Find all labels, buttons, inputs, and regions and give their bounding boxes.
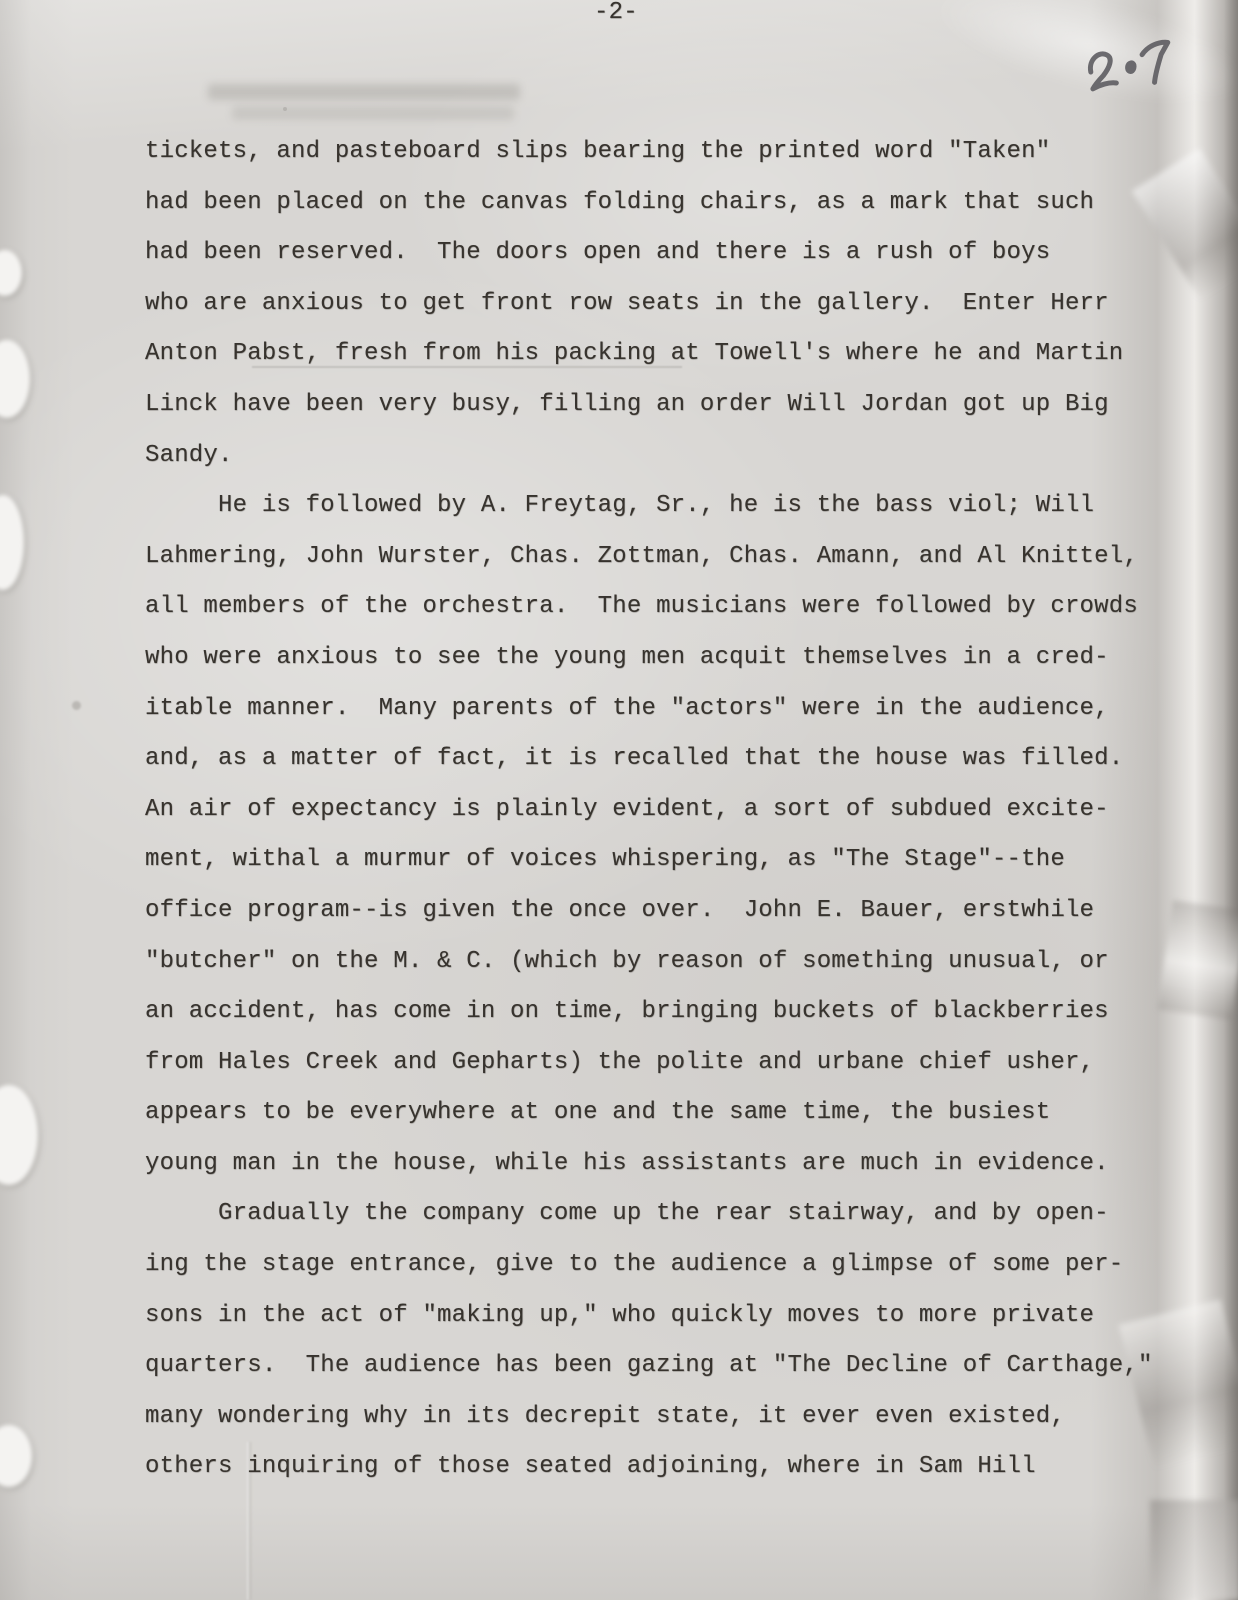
- text-line: He is followed by A. Freytag, Sr., he is…: [145, 481, 1175, 532]
- page-number: -2-: [594, 0, 638, 26]
- text-line: and, as a matter of fact, it is recalled…: [145, 734, 1175, 785]
- text-line: had been reserved. The doors open and th…: [145, 228, 1175, 279]
- text-line: ment, withal a murmur of voices whisperi…: [145, 835, 1175, 886]
- text-line: tickets, and pasteboard slips bearing th…: [145, 127, 1175, 178]
- text-line: Linck have been very busy, filling an or…: [145, 380, 1175, 431]
- text-line: from Hales Creek and Gepharts) the polit…: [145, 1038, 1175, 1089]
- torn-edge-spot: [0, 250, 22, 296]
- text-line: who are anxious to get front row seats i…: [145, 279, 1175, 330]
- right-edge-shadow: [1224, 0, 1238, 1600]
- text-line: had been placed on the canvas folding ch…: [145, 178, 1175, 229]
- text-line: many wondering why in its decrepit state…: [145, 1392, 1175, 1443]
- document-body: tickets, and pasteboard slips bearing th…: [145, 127, 1175, 1493]
- torn-edge-spot: [0, 1085, 38, 1185]
- text-line: appears to be everywhere at one and the …: [145, 1088, 1175, 1139]
- text-line: Lahmering, John Wurster, Chas. Zottman, …: [145, 532, 1175, 583]
- text-line: Gradually the company come up the rear s…: [145, 1189, 1175, 1240]
- text-line: young man in the house, while his assist…: [145, 1139, 1175, 1190]
- text-line: quarters. The audience has been gazing a…: [145, 1341, 1175, 1392]
- paper-speck: [283, 107, 287, 111]
- scanned-document-page: -2- 207 tickets, and pasteboard slips be…: [0, 0, 1238, 1600]
- handwritten-page-number: 207: [1078, 30, 1186, 112]
- text-line: An air of expectancy is plainly evident,…: [145, 785, 1175, 836]
- text-line: "butcher" on the M. & C. (which by reaso…: [145, 937, 1175, 988]
- text-line: office program--is given the once over. …: [145, 886, 1175, 937]
- paper-crease: [1150, 1500, 1238, 1600]
- text-line: Anton Pabst, fresh from his packing at T…: [145, 329, 1175, 380]
- ink-bleed-through: [232, 106, 514, 120]
- text-line: all members of the orchestra. The musici…: [145, 582, 1175, 633]
- torn-edge-spot: [0, 1425, 32, 1487]
- torn-edge-spot: [0, 340, 30, 418]
- pencil-207-drawing: [1078, 30, 1186, 112]
- paper-speck: [72, 701, 81, 710]
- text-line: itable manner. Many parents of the "acto…: [145, 684, 1175, 735]
- text-line: who were anxious to see the young men ac…: [145, 633, 1175, 684]
- text-line: ing the stage entrance, give to the audi…: [145, 1240, 1175, 1291]
- text-line: Sandy.: [145, 431, 1175, 482]
- text-line: an accident, has come in on time, bringi…: [145, 987, 1175, 1038]
- text-line: others inquiring of those seated adjoini…: [145, 1442, 1175, 1493]
- torn-edge-spot: [0, 495, 24, 590]
- text-line: sons in the act of "making up," who quic…: [145, 1291, 1175, 1342]
- ink-bleed-through: [208, 84, 520, 100]
